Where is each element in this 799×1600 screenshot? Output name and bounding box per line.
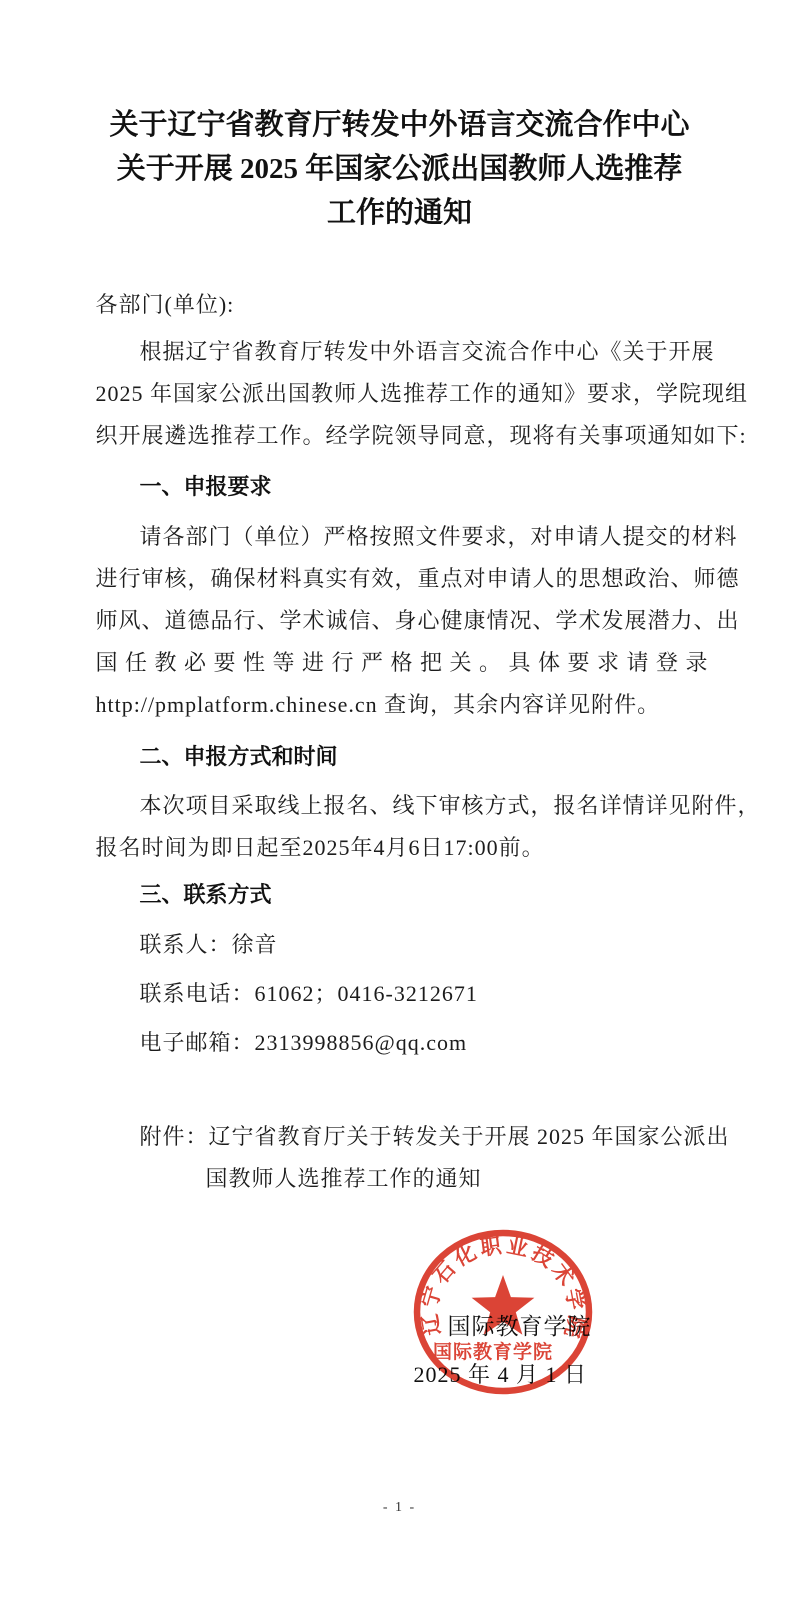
- intro-line-2: 2025 年国家公派出国教师人选推荐工作的通知》要求，学院现组: [96, 373, 704, 415]
- salutation: 各部门(单位):: [96, 284, 704, 326]
- attachment-line-1: 附件：辽宁省教育厅关于转发关于开展 2025 年国家公派出: [96, 1116, 704, 1158]
- section-3-heading: 三、联系方式: [96, 874, 704, 916]
- section-1-heading: 一、申报要求: [96, 466, 704, 508]
- section-2-line-2: 报名时间为即日起至2025年4月6日17:00前。: [96, 827, 704, 869]
- section-1-line-2: 进行审核，确保材料真实有效，重点对申请人的思想政治、师德: [96, 558, 704, 600]
- section-1-line-1: 请各部门（单位）严格按照文件要求，对申请人提交的材料: [96, 516, 704, 558]
- section-2-paragraph: 本次项目采取线上报名、线下审核方式，报名详情详见附件， 报名时间为即日起至202…: [96, 785, 704, 869]
- seal-star-icon: [471, 1275, 534, 1335]
- page-number: - 1 -: [96, 1500, 704, 1516]
- contact-phone: 联系电话：61062；0416-3212671: [96, 973, 704, 1015]
- intro-paragraph: 根据辽宁省教育厅转发中外语言交流合作中心《关于开展 2025 年国家公派出国教师…: [96, 331, 704, 457]
- contact-person: 联系人：徐音: [96, 924, 704, 966]
- document-body: 关于辽宁省教育厅转发中外语言交流合作中心 关于开展 2025 年国家公派出国教师…: [96, 0, 704, 1516]
- official-seal: 辽宁石化职业技术学院 国际教育学院: [408, 1228, 598, 1403]
- section-2-heading: 二、申报方式和时间: [96, 736, 704, 778]
- attachment-line-2: 国教师人选推荐工作的通知: [96, 1158, 704, 1200]
- intro-line-3: 织开展遴选推荐工作。经学院领导同意，现将有关事项通知如下:: [96, 415, 704, 457]
- document-page: 关于辽宁省教育厅转发中外语言交流合作中心 关于开展 2025 年国家公派出国教师…: [0, 0, 799, 1600]
- section-1-paragraph: 请各部门（单位）严格按照文件要求，对申请人提交的材料 进行审核，确保材料真实有效…: [96, 516, 704, 726]
- title-line-3: 工作的通知: [96, 191, 704, 235]
- intro-line-1: 根据辽宁省教育厅转发中外语言交流合作中心《关于开展: [96, 331, 704, 373]
- section-2-line-1: 本次项目采取线上报名、线下审核方式，报名详情详见附件，: [96, 785, 704, 827]
- contact-list: 联系人：徐音 联系电话：61062；0416-3212671 电子邮箱：2313…: [96, 924, 704, 1064]
- attachment-note: 附件：辽宁省教育厅关于转发关于开展 2025 年国家公派出 国教师人选推荐工作的…: [96, 1116, 704, 1200]
- title-line-2: 关于开展 2025 年国家公派出国教师人选推荐: [96, 147, 704, 191]
- section-1-line-3: 师风、道德品行、学术诚信、身心健康情况、学术发展潜力、出: [96, 600, 704, 642]
- section-1-line-4: 国任教必要性等进行严格把关。具体要求请登录: [96, 642, 704, 684]
- signature-block: 国际教育学院 2025 年 4 月 1 日 辽宁石化职业技术学院 国际教育学院: [96, 1200, 704, 1460]
- title-line-1: 关于辽宁省教育厅转发中外语言交流合作中心: [96, 103, 704, 147]
- contact-email: 电子邮箱：2313998856@qq.com: [96, 1022, 704, 1064]
- document-title: 关于辽宁省教育厅转发中外语言交流合作中心 关于开展 2025 年国家公派出国教师…: [96, 103, 704, 235]
- seal-inner-text: 国际教育学院: [432, 1340, 552, 1363]
- section-1-line-5-url: http://pmplatform.chinese.cn 查询，其余内容详见附件…: [96, 684, 704, 726]
